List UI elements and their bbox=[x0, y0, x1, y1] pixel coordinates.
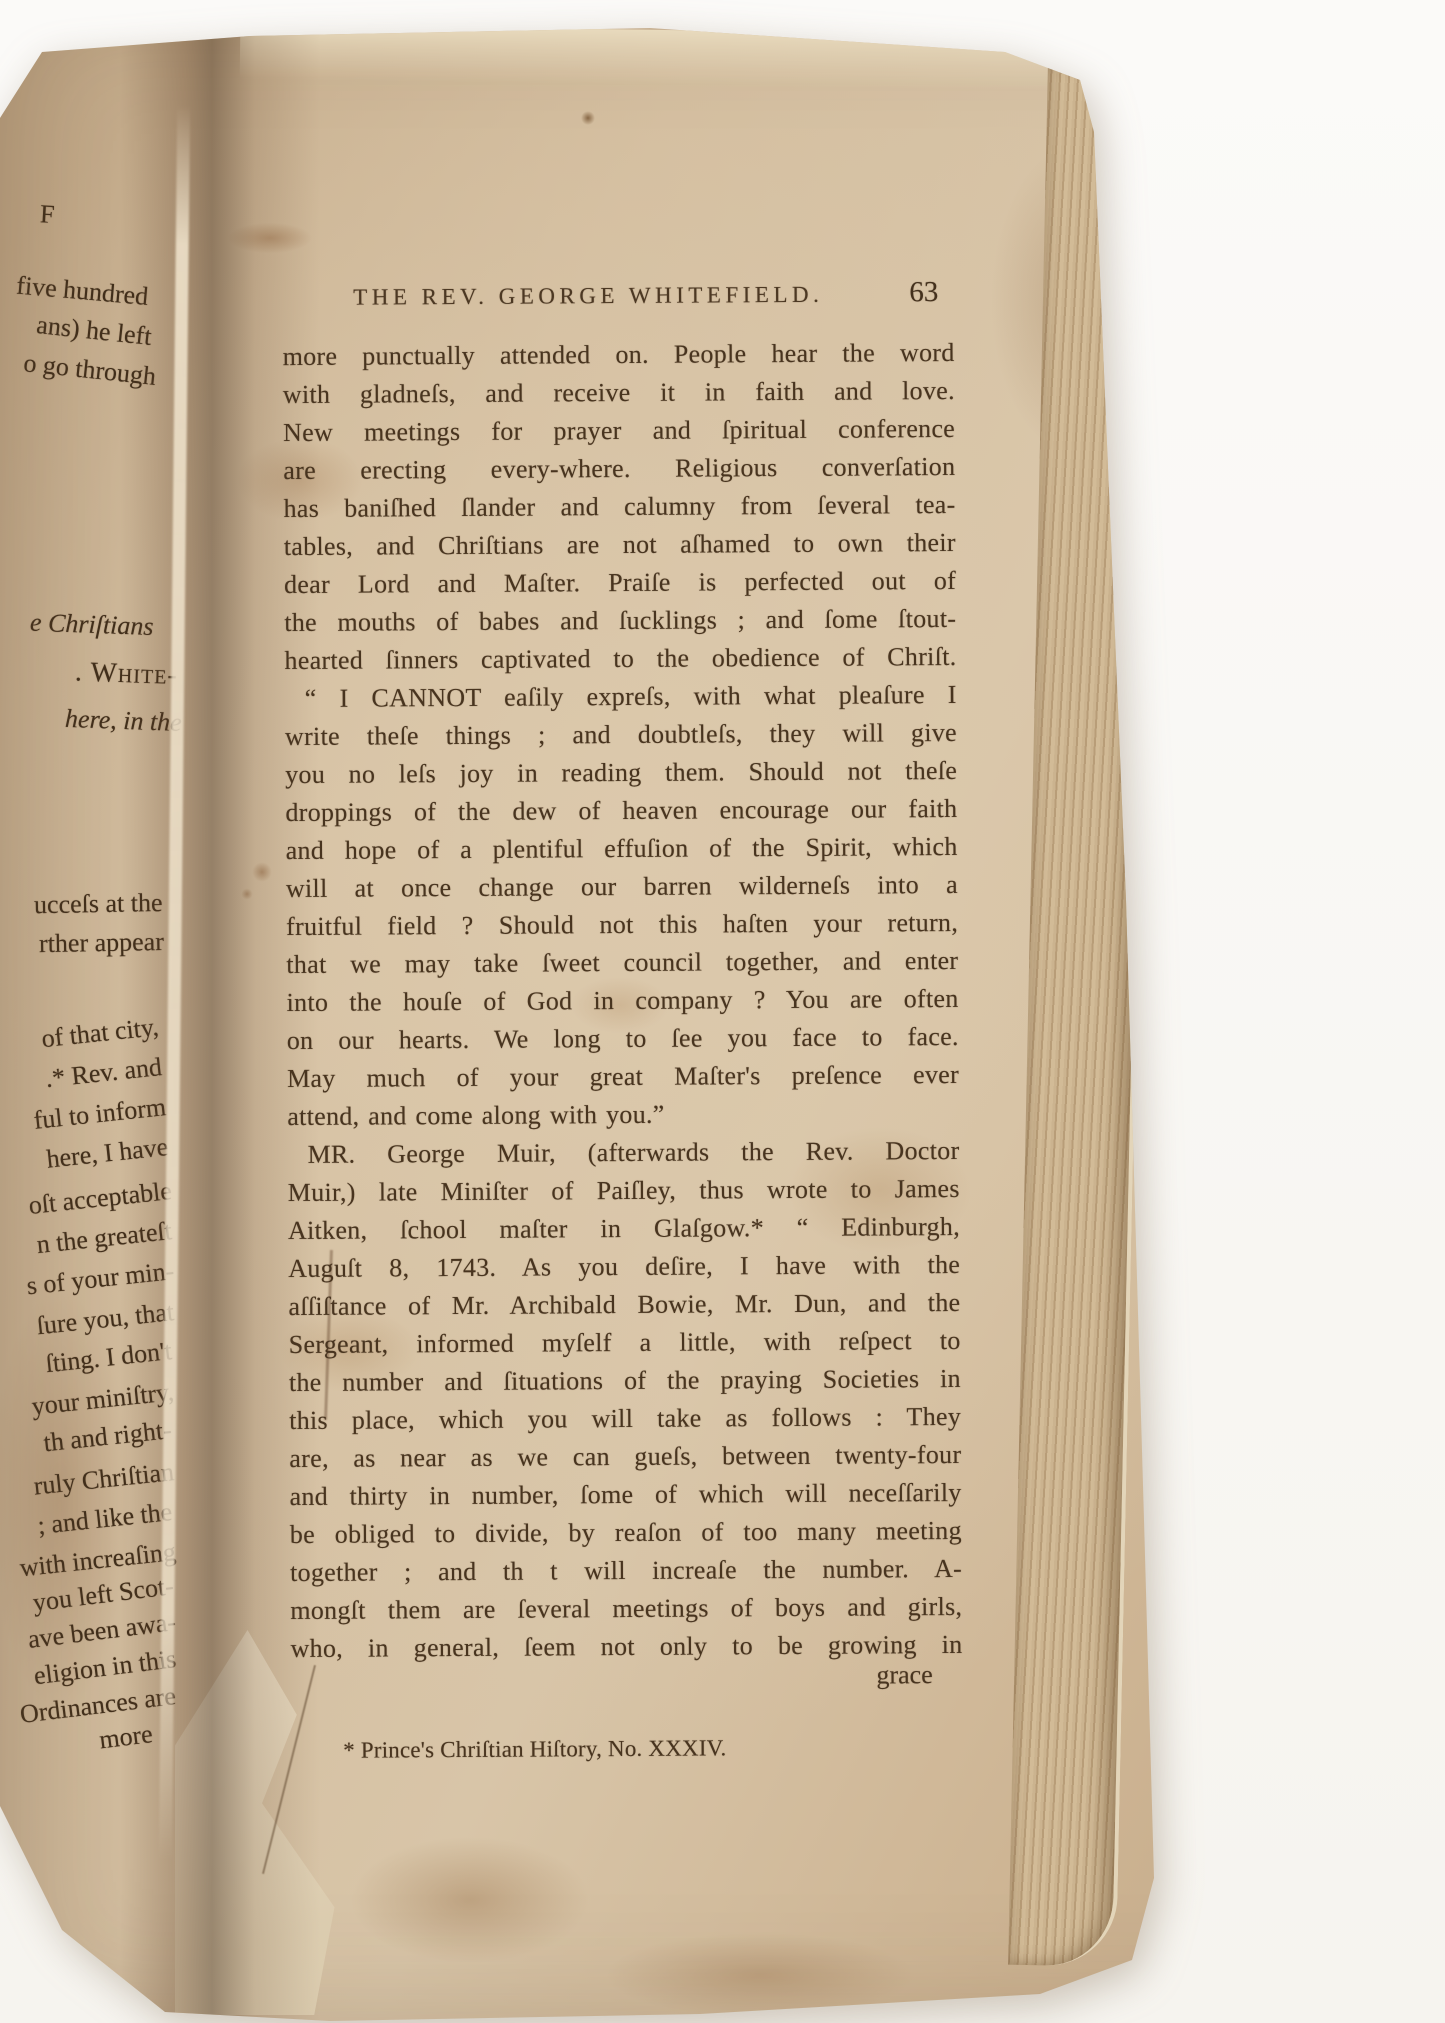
left-fragment: . White- bbox=[75, 656, 179, 692]
body-line: May much of your great Maſter's preſence… bbox=[287, 1056, 959, 1098]
left-fragment: ans) he left bbox=[36, 310, 154, 352]
body-line: will at once change our barren wilderneſ… bbox=[286, 866, 958, 908]
left-fragment: five hundred bbox=[15, 271, 149, 312]
body-line: on our hearts. We long to ſee you face t… bbox=[287, 1018, 959, 1060]
body-line: that we may take ſweet council together,… bbox=[286, 942, 958, 984]
body-line: attend, and come along with you.” bbox=[287, 1094, 959, 1136]
body-line: and thirty in number, ſome of which will… bbox=[289, 1474, 961, 1516]
body-line: into the houſe of God in company ? You a… bbox=[286, 980, 958, 1022]
left-fragment: e Chriſtians bbox=[30, 608, 154, 642]
book-shadow-wrap: F five hundred ans) he left o go through… bbox=[0, 0, 1445, 2023]
body-line: with gladneſs, and receive it in faith a… bbox=[283, 372, 955, 414]
open-book-page: F five hundred ans) he left o go through… bbox=[0, 0, 1445, 2023]
body-line: fruitful field ? Should not this haſten … bbox=[286, 904, 958, 946]
body-line: New meetings for prayer and ſpiritual co… bbox=[283, 410, 955, 452]
body-line: Auguſt 8, 1743. As you deſire, I have wi… bbox=[288, 1246, 960, 1288]
body-line: “ I CANNOT eaſily expreſs, with what ple… bbox=[285, 676, 957, 718]
body-line: Aitken, ſchool maſter in Glaſgow.* “ Edi… bbox=[288, 1208, 960, 1250]
body-line: droppings of the dew of heaven encourage… bbox=[285, 790, 957, 832]
fore-edge-pages bbox=[1008, 60, 1156, 1967]
left-fragment: ſting. I don't bbox=[44, 1336, 173, 1379]
body-line: the number and ſituations of the praying… bbox=[289, 1360, 961, 1402]
body-line: be obliged to divide, by reaſon of too m… bbox=[290, 1512, 962, 1554]
body-line: who, in general, ſeem not only to be gro… bbox=[290, 1626, 962, 1668]
body-line: more punctually attended on. People hear… bbox=[283, 334, 955, 376]
body-line: are, as near as we can gueſs, between tw… bbox=[289, 1436, 961, 1478]
body-line: hearted ſinners captivated to the obedie… bbox=[284, 638, 956, 680]
body-line: this place, which you will take as follo… bbox=[289, 1398, 961, 1440]
left-fragment: .* Rev. and bbox=[44, 1052, 163, 1094]
body-line: mongſt them are ſeveral meetings of boys… bbox=[290, 1588, 962, 1630]
body-line: tables, and Chriſtians are not aſhamed t… bbox=[284, 524, 956, 566]
body-line: Sergeant, informed myſelf a little, with… bbox=[289, 1322, 961, 1364]
left-fragment: ucceſs at the bbox=[33, 888, 162, 920]
running-header: THE REV. GEORGE WHITEFIELD. 63 bbox=[282, 281, 954, 311]
footnote: * Prince's Chriſtian Hiſtory, No. XXXIV. bbox=[343, 1735, 726, 1763]
left-catchword: more bbox=[97, 1719, 154, 1755]
body-line: has baniſhed ſlander and calumny from ſe… bbox=[283, 486, 955, 528]
body-line: and hope of a plentiful effuſion of the … bbox=[286, 828, 958, 870]
left-fragment: your miniſtry, bbox=[30, 1377, 175, 1422]
left-fragment: n the greateſt bbox=[35, 1216, 173, 1260]
left-fragment: here, I have bbox=[45, 1132, 169, 1175]
catchword: grace bbox=[876, 1660, 932, 1690]
left-fragment: ful to inform bbox=[32, 1092, 167, 1136]
left-page-fragments: F five hundred ans) he left o go through… bbox=[0, 0, 178, 1810]
body-line: are erecting every-where. Religious conv… bbox=[283, 448, 955, 490]
body-line: write theſe things ; and doubtleſs, they… bbox=[285, 714, 957, 756]
left-fragment: s of your min- bbox=[25, 1256, 175, 1301]
page-number: 63 bbox=[909, 276, 938, 309]
body-line: dear Lord and Maſter. Praiſe is perfecte… bbox=[284, 562, 956, 604]
left-fragment: rther appear bbox=[39, 927, 164, 959]
left-fragment: here, in the bbox=[65, 704, 183, 738]
running-header-title: THE REV. GEORGE WHITEFIELD. bbox=[282, 281, 954, 311]
body-line: you no leſs joy in reading them. Should … bbox=[285, 752, 957, 794]
body-text: more punctually attended on. People hear… bbox=[283, 334, 963, 1668]
left-fragment: o go through bbox=[22, 348, 157, 392]
left-fragment: ſure you, that bbox=[35, 1297, 175, 1341]
left-fragment: of that city, bbox=[40, 1012, 160, 1054]
left-fragment: ; and like the bbox=[36, 1497, 173, 1541]
body-line: the mouths of babes and ſucklings ; and … bbox=[284, 600, 956, 642]
book-photograph: F five hundred ans) he left o go through… bbox=[0, 0, 1445, 2023]
body-line: together ; and th t will increaſe the nu… bbox=[290, 1550, 962, 1592]
right-page: THE REV. GEORGE WHITEFIELD. 63 more punc… bbox=[280, 0, 963, 1812]
left-fragment: F bbox=[39, 199, 55, 230]
body-line: Muir,) late Miniſter of Paiſley, thus wr… bbox=[288, 1170, 960, 1212]
body-line: aſſiſtance of Mr. Archibald Bowie, Mr. D… bbox=[288, 1284, 960, 1326]
body-line: MR. George Muir, (afterwards the Rev. Do… bbox=[287, 1132, 959, 1174]
left-fragment: th and right- bbox=[43, 1415, 174, 1458]
left-fragment: oſt acceptable bbox=[28, 1176, 174, 1221]
left-fragment: ruly Chriſtian bbox=[32, 1457, 175, 1502]
